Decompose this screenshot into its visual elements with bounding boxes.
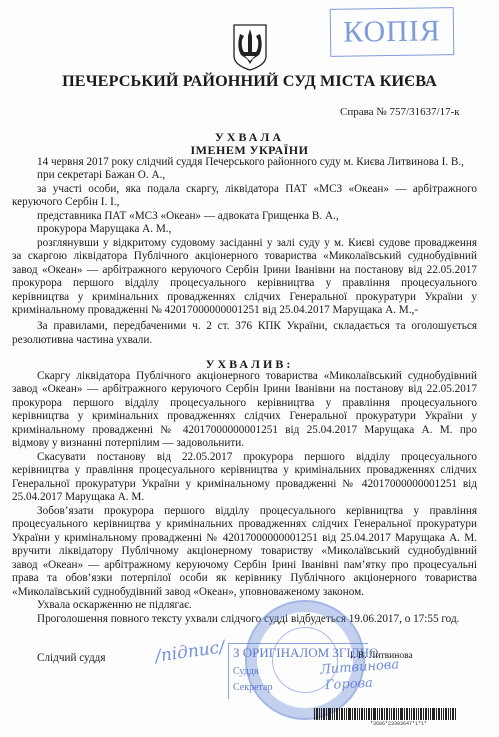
case-number: Справа № 757/31637/17-к xyxy=(340,106,460,118)
decision-line: Проголошення повного тексту ухвали слідч… xyxy=(37,613,459,626)
decision-line: керівництва у кримінальних провадженнях … xyxy=(12,410,477,423)
decision-line: керівництва у правління процесуального к… xyxy=(12,464,477,477)
intro-line: прокурора Марущака А. М., xyxy=(37,223,171,236)
decision-line: Зобов’язати прокурора першого відділу пр… xyxy=(37,505,477,518)
procedure-line: резолютивна частина ухвали. xyxy=(12,334,152,347)
certify-secretary-label: Секретар xyxy=(233,682,272,693)
decision-line: завод «Океан» — арбітражного керуючого С… xyxy=(12,383,477,396)
intro-line: завод «Океан» — арбітражного керуючого С… xyxy=(12,264,477,277)
intro-line: представника ПАТ «МСЗ «Океан» — адвоката… xyxy=(37,210,339,223)
decision-line: вручити ліквідатору Публічному акціонерн… xyxy=(12,545,477,558)
procedure-line: За правилами, передбаченими ч. 2 ст. 376… xyxy=(37,320,477,333)
trident-icon xyxy=(231,22,269,72)
handwritten-signature: /підпис/ xyxy=(154,637,226,667)
decision-line: відмову у визнанні потерпілим — задоволь… xyxy=(12,437,244,450)
decision-line: кримінальному провадженні № 420170000000… xyxy=(12,424,477,437)
intro-line: розглянувши у відкритому судовому засіда… xyxy=(37,237,477,250)
intro-line: керуючого Сербін І. І., xyxy=(12,196,119,209)
copy-stamp: КОПІЯ xyxy=(330,7,455,57)
decision-line: прокурора першого відділу процесуального… xyxy=(12,397,477,410)
decision-line: 25.04.2017 Марущака А. М. xyxy=(12,491,144,504)
intro-line: керівництва у кримінальних провадженнях … xyxy=(12,291,477,304)
decision-line: «Миколаївський суднобудівний завод «Океа… xyxy=(12,586,364,599)
decision-line: Генеральної прокуратури України у кримін… xyxy=(12,478,477,491)
secretary-signature: Горова xyxy=(325,676,374,693)
decision-line: права та обов’язки потерпілої особи як к… xyxy=(12,572,477,585)
document-page: КОПІЯ ПЕЧЕРСЬКИЙ РАЙОННИЙ СУД МІСТА КИЄВ… xyxy=(0,0,499,737)
signer-role: Слідчий суддя xyxy=(37,652,105,665)
decision-line: процесуального керівництва у кримінальни… xyxy=(12,518,477,531)
decision-line: Ухвала оскарженню не підлягає. xyxy=(37,599,192,612)
barcode xyxy=(314,708,490,720)
intro-line: кримінальному провадженні № 420170000000… xyxy=(12,304,418,317)
decision-line: Скасувати постанову від 22.05.2017 проку… xyxy=(37,451,477,464)
decision-line: України у кримінальному провадженні № 42… xyxy=(12,532,477,545)
intro-line: при секретарі Бажан О. А., xyxy=(37,169,165,182)
intro-line: за участі особи, яка подала скаргу, лікв… xyxy=(37,183,477,196)
barcode-text: *3606*23393647*1*1* xyxy=(370,721,427,727)
intro-line: прокурора першого відділу процесуального… xyxy=(12,277,477,290)
court-name: ПЕЧЕРСЬКИЙ РАЙОННИЙ СУД МІСТА КИЄВА xyxy=(0,72,499,91)
decision-line: Скаргу ліквідатора Публічного акціонерно… xyxy=(37,370,477,383)
intro-line: за скаргою ліквідатора Публічного акціон… xyxy=(12,250,477,263)
certify-judge-label: Суддя xyxy=(233,666,259,677)
intro-line: 14 червня 2017 року слідчий суддя Печерс… xyxy=(37,156,464,169)
decision-line: завод «Океан» — арбітражному керуючому С… xyxy=(12,559,477,572)
